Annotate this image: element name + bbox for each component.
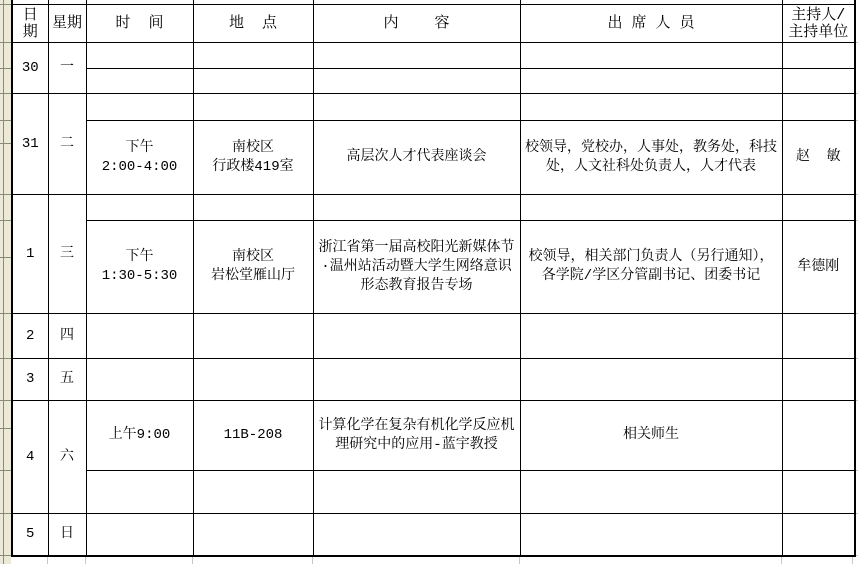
host-cell[interactable] bbox=[782, 94, 855, 121]
time-cell[interactable] bbox=[86, 195, 193, 221]
content-cell[interactable]: 计算化学在复杂有机化学反应机理研究中的应用-蓝宇教授 bbox=[313, 401, 520, 471]
gridline-stub bbox=[47, 557, 48, 564]
gridline-stub bbox=[852, 557, 853, 564]
gridline-stub bbox=[519, 557, 520, 564]
weekday-cell[interactable]: 三 bbox=[48, 195, 86, 314]
weekday-cell[interactable]: 日 bbox=[48, 514, 86, 556]
attendees-cell[interactable] bbox=[520, 514, 782, 556]
day-row-4-event: 4 六 上午9:00 11B-208 计算化学在复杂有机化学反应机理研究中的应用… bbox=[12, 401, 855, 471]
attendees-cell[interactable]: 相关师生 bbox=[520, 401, 782, 471]
day-row-4-sub bbox=[12, 471, 855, 514]
content-cell[interactable] bbox=[313, 195, 520, 221]
weekday-cell[interactable]: 一 bbox=[48, 43, 86, 94]
attendees-cell[interactable]: 校领导，党校办，人事处，教务处，科技处，人文社科处负责人，人才代表 bbox=[520, 121, 782, 195]
content-cell[interactable] bbox=[313, 514, 520, 556]
day-row-1: 1 三 bbox=[12, 195, 855, 221]
gridline-stub bbox=[0, 400, 11, 401]
header-weekday[interactable]: 星期 bbox=[48, 5, 86, 43]
weekday-cell[interactable]: 二 bbox=[48, 94, 86, 195]
time-cell[interactable] bbox=[86, 359, 193, 401]
host-cell[interactable]: 赵 敏 bbox=[782, 121, 855, 195]
header-location[interactable]: 地 点 bbox=[193, 5, 313, 43]
location-cell[interactable]: 11B-208 bbox=[193, 401, 313, 471]
location-cell[interactable] bbox=[193, 94, 313, 121]
location-cell[interactable] bbox=[193, 69, 313, 94]
host-cell[interactable] bbox=[782, 43, 855, 69]
host-cell[interactable] bbox=[782, 514, 855, 556]
location-cell[interactable] bbox=[193, 359, 313, 401]
location-cell[interactable] bbox=[193, 43, 313, 69]
attendees-cell[interactable] bbox=[520, 471, 782, 514]
header-date[interactable]: 日期 bbox=[12, 5, 48, 43]
cutoff-row-bottom bbox=[11, 557, 854, 564]
location-cell[interactable] bbox=[193, 471, 313, 514]
content-cell[interactable] bbox=[313, 43, 520, 69]
content-cell[interactable]: 高层次人才代表座谈会 bbox=[313, 121, 520, 195]
time-cell[interactable] bbox=[86, 69, 193, 94]
time-cell[interactable] bbox=[86, 514, 193, 556]
day-row-3: 3 五 bbox=[12, 359, 855, 401]
gridline-stub bbox=[0, 42, 11, 43]
content-cell[interactable]: 浙江省第一届高校阳光新媒体节·温州站活动暨大学生网络意识形态教育报告专场 bbox=[313, 221, 520, 314]
time-cell[interactable]: 下午 2:00-4:00 bbox=[86, 121, 193, 195]
time-cell[interactable]: 上午9:00 bbox=[86, 401, 193, 471]
time-cell[interactable]: 下午 1:30-5:30 bbox=[86, 221, 193, 314]
location-cell[interactable] bbox=[193, 314, 313, 359]
gridline-stub bbox=[0, 120, 11, 121]
attendees-cell[interactable] bbox=[520, 94, 782, 121]
weekday-cell[interactable]: 六 bbox=[48, 401, 86, 514]
gridline-stub bbox=[0, 194, 11, 195]
header-host[interactable]: 主持人/ 主持单位 bbox=[782, 5, 855, 43]
attendees-cell[interactable] bbox=[520, 195, 782, 221]
gridline-stub bbox=[0, 68, 11, 69]
attendees-cell[interactable] bbox=[520, 69, 782, 94]
gridline-stub bbox=[0, 358, 11, 359]
gridline-stub bbox=[0, 513, 11, 514]
date-cell[interactable]: 2 bbox=[12, 314, 48, 359]
day-row-31-event: 下午 2:00-4:00 南校区 行政楼419室 高层次人才代表座谈会 校领导，… bbox=[12, 121, 855, 195]
date-cell[interactable]: 31 bbox=[12, 94, 48, 195]
schedule-table: 日期 星期 时 间 地 点 内 容 出 席 人 员 主持人/ 主持单位 30 一 bbox=[11, 0, 856, 557]
gridline-stub bbox=[0, 93, 11, 94]
sheet-left-margin bbox=[0, 0, 11, 564]
spreadsheet-view: 日期 星期 时 间 地 点 内 容 出 席 人 员 主持人/ 主持单位 30 一 bbox=[0, 0, 858, 564]
location-cell[interactable] bbox=[193, 195, 313, 221]
content-cell[interactable] bbox=[313, 314, 520, 359]
time-cell[interactable] bbox=[86, 471, 193, 514]
host-cell[interactable] bbox=[782, 359, 855, 401]
day-row-2: 2 四 bbox=[12, 314, 855, 359]
gridline-stub bbox=[0, 428, 11, 429]
content-cell[interactable] bbox=[313, 94, 520, 121]
day-row-31: 31 二 bbox=[12, 94, 855, 121]
gridline-stub bbox=[192, 557, 193, 564]
gridline-stub bbox=[0, 4, 11, 5]
weekday-cell[interactable]: 四 bbox=[48, 314, 86, 359]
host-cell[interactable] bbox=[782, 314, 855, 359]
attendees-cell[interactable]: 校领导，相关部门负责人（另行通知），各学院/学区分管副书记、团委书记 bbox=[520, 221, 782, 314]
attendees-cell[interactable] bbox=[520, 314, 782, 359]
gridline-stub bbox=[0, 313, 11, 314]
date-cell[interactable]: 5 bbox=[12, 514, 48, 556]
location-cell[interactable]: 南校区 行政楼419室 bbox=[193, 121, 313, 195]
header-row: 日期 星期 时 间 地 点 内 容 出 席 人 员 主持人/ 主持单位 bbox=[12, 5, 855, 43]
content-cell[interactable] bbox=[313, 359, 520, 401]
date-cell[interactable]: 3 bbox=[12, 359, 48, 401]
time-cell[interactable] bbox=[86, 314, 193, 359]
host-cell[interactable] bbox=[782, 69, 855, 94]
host-cell[interactable]: 牟德刚 bbox=[782, 221, 855, 314]
day-row-30-sub bbox=[12, 69, 855, 94]
gridline-stub bbox=[781, 557, 782, 564]
day-row-30: 30 一 bbox=[12, 43, 855, 69]
host-cell[interactable] bbox=[782, 471, 855, 514]
header-content[interactable]: 内 容 bbox=[313, 5, 520, 43]
sheet-edge-line bbox=[3, 0, 4, 564]
location-cell[interactable]: 南校区 岩松堂雁山厅 bbox=[193, 221, 313, 314]
gridline-stub bbox=[85, 557, 86, 564]
gridline-stub bbox=[0, 220, 11, 221]
day-row-1-event: 下午 1:30-5:30 南校区 岩松堂雁山厅 浙江省第一届高校阳光新媒体节·温… bbox=[12, 221, 855, 314]
date-cell[interactable]: 4 bbox=[12, 401, 48, 514]
weekday-cell[interactable]: 五 bbox=[48, 359, 86, 401]
date-cell[interactable]: 30 bbox=[12, 43, 48, 94]
host-cell[interactable] bbox=[782, 195, 855, 221]
attendees-cell[interactable] bbox=[520, 359, 782, 401]
gridline-stub bbox=[0, 257, 11, 258]
content-cell[interactable] bbox=[313, 471, 520, 514]
header-time[interactable]: 时 间 bbox=[86, 5, 193, 43]
header-attendees[interactable]: 出 席 人 员 bbox=[520, 5, 782, 43]
gridline-stub bbox=[312, 557, 313, 564]
host-cell[interactable] bbox=[782, 401, 855, 471]
day-row-5: 5 日 bbox=[12, 514, 855, 556]
location-cell[interactable] bbox=[193, 514, 313, 556]
gridline-stub bbox=[0, 470, 11, 471]
content-cell[interactable] bbox=[313, 69, 520, 94]
gridline-stub bbox=[0, 143, 11, 144]
attendees-cell[interactable] bbox=[520, 43, 782, 69]
time-cell[interactable] bbox=[86, 43, 193, 69]
date-cell[interactable]: 1 bbox=[12, 195, 48, 314]
gridline-stub bbox=[0, 555, 11, 556]
time-cell[interactable] bbox=[86, 94, 193, 121]
